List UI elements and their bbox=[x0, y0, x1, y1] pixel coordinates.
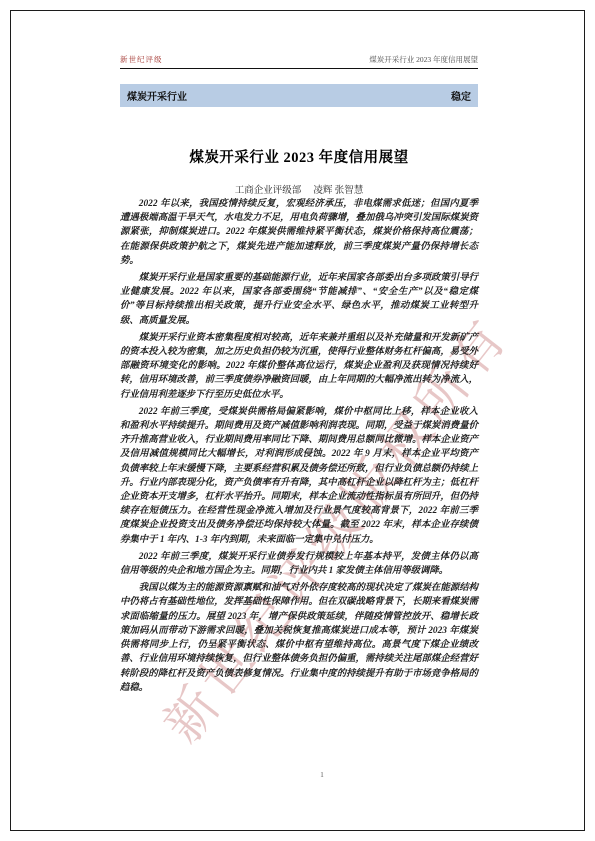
page-header: 新世纪评级 煤炭开采行业 2023 年度信用展望 bbox=[120, 55, 478, 69]
industry-label: 煤炭开采行业 bbox=[127, 88, 187, 103]
paragraph: 我国以煤为主的能源资源禀赋和油气对外依存度较高的现状决定了煤炭在能源结构中仍将占… bbox=[120, 581, 478, 695]
paragraph: 煤炭开采行业是国家重要的基础能源行业，近年来国家各部委出台多项政策引导行业健康发… bbox=[120, 271, 478, 328]
paragraph: 2022 年以来，我国疫情持续反复，宏观经济承压，非电煤需求低迷；但国内夏季遭遇… bbox=[120, 197, 478, 268]
page-number: 1 bbox=[120, 771, 524, 779]
report-page: 新世纪评级版权所有 新世纪评级 煤炭开采行业 2023 年度信用展望 煤炭开采行… bbox=[0, 0, 595, 841]
report-title: 煤炭开采行业 2023 年度信用展望 bbox=[120, 146, 478, 167]
header-doc-title: 煤炭开采行业 2023 年度信用展望 bbox=[369, 55, 478, 65]
byline: 工商企业评级部凌辉 张智慧 bbox=[120, 182, 478, 196]
department-name: 工商企业评级部 bbox=[235, 186, 302, 196]
brand-name: 新世纪评级 bbox=[120, 55, 163, 65]
industry-outlook-banner: 煤炭开采行业 稳定 bbox=[120, 84, 478, 107]
author-names: 凌辉 张智慧 bbox=[313, 186, 363, 196]
paragraph: 2022 年前三季度，煤炭开采行业债券发行规模较上年基本持平，发债主体仍以高信用… bbox=[120, 550, 478, 578]
paragraph: 2022 年前三季度，受煤炭供需格局偏紧影响，煤价中枢同比上移，样本企业收入和盈… bbox=[120, 405, 478, 547]
paragraph: 煤炭开采行业资本密集程度相对较高，近年来兼并重组以及补充储量和开发新矿产的资本投… bbox=[120, 331, 478, 402]
report-body: 2022 年以来，我国疫情持续反复，宏观经济承压，非电煤需求低迷；但国内夏季遭遇… bbox=[120, 197, 478, 698]
outlook-badge: 稳定 bbox=[451, 88, 471, 103]
